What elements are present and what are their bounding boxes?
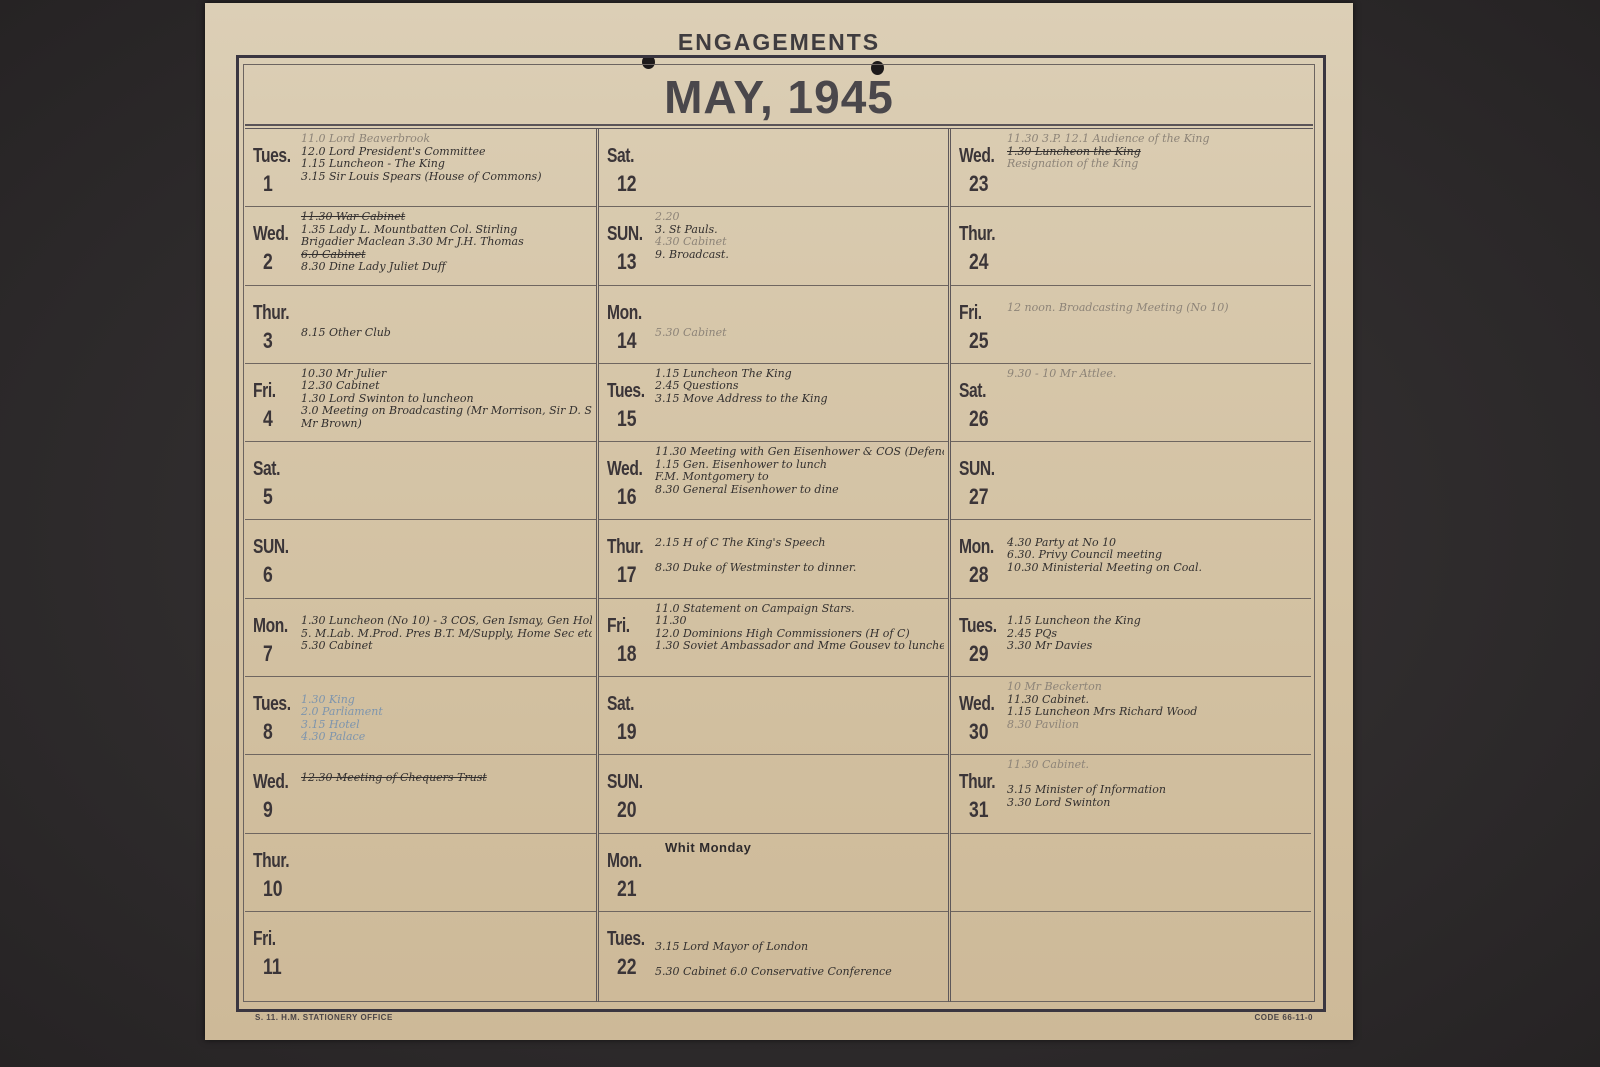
note-line: 12.0 Dominions High Commissioners (H of … (655, 628, 944, 641)
note-line: 2.45 PQs (1007, 628, 1307, 641)
note-line (301, 603, 592, 616)
handwritten-notes: 11.30 Cabinet. 3.15 Minister of Informat… (1007, 759, 1307, 809)
note-line (655, 302, 944, 315)
day-cell: Tues.8 1.30 King2.0 Parliament3.15 Hotel… (245, 677, 596, 755)
day-number: 16 (617, 484, 637, 510)
day-name: Mon. (607, 302, 642, 325)
day-number: 25 (969, 328, 989, 354)
day-name: Fri. (959, 302, 982, 325)
day-number: 6 (263, 562, 273, 588)
day-cell: SUN.27 (951, 442, 1311, 520)
note-line: 5.30 Cabinet (301, 640, 592, 653)
day-cell: SUN.132.203. St Pauls.4.30 Cabinet 9. Br… (599, 207, 948, 285)
day-cell: Fri.11 (245, 912, 596, 990)
note-line: Resignation of the King (1007, 158, 1307, 171)
day-cell: Fri.1811.0 Statement on Campaign Stars.1… (599, 599, 948, 677)
day-name: Wed. (607, 458, 642, 481)
note-line (301, 315, 592, 328)
day-number: 28 (969, 562, 989, 588)
note-line: 10 Mr Beckerton (1007, 681, 1307, 694)
day-number: 24 (969, 249, 989, 275)
title-divider (245, 124, 1313, 126)
handwritten-notes: 5.30 Cabinet (655, 290, 944, 340)
day-cell (951, 912, 1311, 990)
day-number: 23 (969, 171, 989, 197)
note-line: 5.30 Cabinet 6.0 Conservative Conference (655, 966, 944, 979)
day-number: 26 (969, 406, 989, 432)
day-number: 20 (617, 797, 637, 823)
note-line: Mr Brown) (301, 418, 592, 431)
handwritten-notes: 2.203. St Pauls.4.30 Cabinet 9. Broadcas… (655, 211, 944, 261)
day-cell: SUN.20 (599, 755, 948, 833)
note-line: 6.30. Privy Council meeting (1007, 549, 1307, 562)
handwritten-notes: 12.30 Meeting of Chequers Trust (301, 759, 592, 784)
note-line: 3.15 Move Address to the King (655, 393, 944, 406)
day-name: Mon. (607, 850, 642, 873)
day-name: SUN. (959, 458, 995, 481)
note-line: 5. M.Lab. M.Prod. Pres B.T. M/Supply, Ho… (301, 628, 592, 641)
note-line: 2.20 (655, 211, 944, 224)
handwritten-notes: 8.15 Other Club (301, 290, 592, 340)
note-line: F.M. Montgomery to (655, 471, 944, 484)
day-name: Tues. (253, 693, 291, 716)
note-line: 1.35 Lady L. Mountbatten Col. Stirling (301, 224, 592, 237)
calendar-grid: Tues.111.0 Lord Beaverbrook12.0 Lord Pre… (245, 129, 1311, 1002)
note-line (301, 290, 592, 303)
engagements-header: ENGAGEMENTS (205, 29, 1353, 56)
calendar-sheet: ENGAGEMENTS MAY, 1945 Tues.111.0 Lord Be… (205, 3, 1353, 1040)
note-line: 12.30 Meeting of Chequers Trust (301, 772, 592, 785)
note-line: 1.15 Luncheon The King (655, 368, 944, 381)
day-cell: Thur.10 (245, 834, 596, 912)
note-line (655, 524, 944, 537)
handwritten-notes: 12 noon. Broadcasting Meeting (No 10) (1007, 290, 1307, 315)
day-number: 21 (617, 876, 637, 902)
note-line (1007, 772, 1307, 785)
day-name: Thur. (253, 302, 289, 325)
day-name: SUN. (607, 223, 643, 246)
note-line: 5.30 Cabinet (655, 327, 944, 340)
day-number: 4 (263, 406, 273, 432)
day-name: Wed. (959, 693, 994, 716)
day-name: Fri. (607, 615, 630, 638)
day-name: Sat. (253, 458, 280, 481)
day-number: 15 (617, 406, 637, 432)
day-name: Sat. (607, 693, 634, 716)
note-line: 1.30 Luncheon the King (1007, 146, 1307, 159)
handwritten-notes: 1.30 King2.0 Parliament3.15 Hotel4.30 Pa… (301, 681, 592, 744)
note-line: Brigadier Maclean 3.30 Mr J.H. Thomas (301, 236, 592, 249)
day-number: 14 (617, 328, 637, 354)
calendar-column: Wed.2311.30 3.P. 12.1 Audience of the Ki… (951, 129, 1311, 1002)
holiday-label: Whit Monday (665, 840, 751, 855)
handwritten-notes: 1.30 Luncheon (No 10) - 3 COS, Gen Ismay… (301, 603, 592, 653)
note-line (1007, 524, 1307, 537)
note-line: 1.15 Luncheon Mrs Richard Wood (1007, 706, 1307, 719)
day-name: Tues. (253, 145, 291, 168)
note-line: 11.30 Cabinet. (1007, 694, 1307, 707)
note-line: 8.30 General Eisenhower to dine (655, 484, 944, 497)
note-line (655, 916, 944, 929)
day-name: Mon. (959, 536, 994, 559)
day-cell: Wed.2311.30 3.P. 12.1 Audience of the Ki… (951, 129, 1311, 207)
note-line: 4.30 Party at No 10 (1007, 537, 1307, 550)
day-cell: Tues.151.15 Luncheon The King2.45 Questi… (599, 364, 948, 442)
note-line: 3.30 Mr Davies (1007, 640, 1307, 653)
note-line: 1.15 Gen. Eisenhower to lunch (655, 459, 944, 472)
day-name: Tues. (607, 380, 645, 403)
day-cell: Wed.1611.30 Meeting with Gen Eisenhower … (599, 442, 948, 520)
day-number: 5 (263, 484, 273, 510)
day-name: Wed. (253, 223, 288, 246)
handwritten-notes: 2.15 H of C The King's Speech 8.30 Duke … (655, 524, 944, 574)
note-line: 2.45 Questions (655, 380, 944, 393)
note-line: 3.15 Minister of Information (1007, 784, 1307, 797)
day-cell: Thur.3111.30 Cabinet. 3.15 Minister of I… (951, 755, 1311, 833)
handwritten-notes: 11.30 3.P. 12.1 Audience of the King1.30… (1007, 133, 1307, 171)
note-line (655, 549, 944, 562)
note-line: 11.30 War Cabinet (301, 211, 592, 224)
day-name: Sat. (959, 380, 986, 403)
note-line: 9.30 - 10 Mr Attlee. (1007, 368, 1307, 381)
note-line: 11.0 Statement on Campaign Stars. (655, 603, 944, 616)
note-line (301, 681, 592, 694)
note-line: 3.15 Hotel (301, 719, 592, 732)
day-name: Wed. (959, 145, 994, 168)
handwritten-notes: 9.30 - 10 Mr Attlee. (1007, 368, 1307, 381)
note-line (655, 290, 944, 303)
day-cell: Thur.24 (951, 207, 1311, 285)
handwritten-notes: 11.30 Meeting with Gen Eisenhower & COS … (655, 446, 944, 496)
day-number: 29 (969, 641, 989, 667)
day-name: SUN. (607, 771, 643, 794)
handwritten-notes: 10 Mr Beckerton11.30 Cabinet.1.15 Lunche… (1007, 681, 1307, 731)
note-line (1007, 603, 1307, 616)
day-cell: Sat.12 (599, 129, 948, 207)
day-cell: Thur.17 2.15 H of C The King's Speech 8.… (599, 520, 948, 598)
day-number: 30 (969, 719, 989, 745)
day-name: Fri. (253, 380, 276, 403)
day-cell (951, 834, 1311, 912)
handwritten-notes: 3.15 Lord Mayor of London 5.30 Cabinet 6… (655, 916, 944, 979)
note-line: 1.30 King (301, 694, 592, 707)
day-number: 12 (617, 171, 637, 197)
day-cell: Fri.410.30 Mr Julier12.30 Cabinet1.30 Lo… (245, 364, 596, 442)
day-number: 7 (263, 641, 273, 667)
day-number: 22 (617, 954, 637, 980)
day-number: 17 (617, 562, 637, 588)
note-line: 3.15 Sir Louis Spears (House of Commons) (301, 171, 592, 184)
day-cell: Wed.211.30 War Cabinet1.35 Lady L. Mount… (245, 207, 596, 285)
handwritten-notes: 1.15 Luncheon the King2.45 PQs3.30 Mr Da… (1007, 603, 1307, 653)
note-line: 2.0 Parliament (301, 706, 592, 719)
note-line: 11.30 Cabinet. (1007, 759, 1307, 772)
note-line: 10.30 Ministerial Meeting on Coal. (1007, 562, 1307, 575)
day-number: 3 (263, 328, 273, 354)
day-number: 18 (617, 641, 637, 667)
printer-imprint: S. 11. H.M. STATIONERY OFFICE (255, 1013, 393, 1022)
day-number: 13 (617, 249, 637, 275)
note-line: 11.30 Meeting with Gen Eisenhower & COS … (655, 446, 944, 459)
handwritten-notes: 11.0 Statement on Campaign Stars.11.3012… (655, 603, 944, 653)
note-line: 12.30 Cabinet (301, 380, 592, 393)
day-cell: SUN.6 (245, 520, 596, 598)
day-name: Thur. (959, 771, 995, 794)
day-cell: Sat.269.30 - 10 Mr Attlee. (951, 364, 1311, 442)
day-name: Thur. (253, 850, 289, 873)
day-name: Wed. (253, 771, 288, 794)
note-line: 3.30 Lord Swinton (1007, 797, 1307, 810)
note-line (655, 315, 944, 328)
day-cell: Tues.111.0 Lord Beaverbrook12.0 Lord Pre… (245, 129, 596, 207)
note-line: 10.30 Mr Julier (301, 368, 592, 381)
note-line: 4.30 Palace (301, 731, 592, 744)
calendar-column: Sat.12SUN.132.203. St Pauls.4.30 Cabinet… (599, 129, 951, 1002)
note-line: 12 noon. Broadcasting Meeting (No 10) (1007, 302, 1307, 315)
day-name: Thur. (607, 536, 643, 559)
day-cell: Sat.19 (599, 677, 948, 755)
day-cell: Wed.3010 Mr Beckerton11.30 Cabinet.1.15 … (951, 677, 1311, 755)
note-line: 1.30 Lord Swinton to luncheon (301, 393, 592, 406)
calendar-column: Tues.111.0 Lord Beaverbrook12.0 Lord Pre… (245, 129, 599, 1002)
note-line: 8.15 Other Club (301, 327, 592, 340)
note-line: 4.30 Cabinet (655, 236, 944, 249)
day-cell: Mon.28 4.30 Party at No 106.30. Privy Co… (951, 520, 1311, 598)
day-name: Tues. (607, 928, 645, 951)
day-number: 27 (969, 484, 989, 510)
handwritten-notes: 11.0 Lord Beaverbrook12.0 Lord President… (301, 133, 592, 183)
day-cell: Thur.3 8.15 Other Club (245, 286, 596, 364)
handwritten-notes: 10.30 Mr Julier12.30 Cabinet1.30 Lord Sw… (301, 368, 592, 431)
day-number: 9 (263, 797, 273, 823)
note-line: 8.30 Pavilion (1007, 719, 1307, 732)
day-cell: Tues.22 3.15 Lord Mayor of London 5.30 C… (599, 912, 948, 990)
day-name: Mon. (253, 615, 288, 638)
note-line: 2.15 H of C The King's Speech (655, 537, 944, 550)
day-cell: Wed.9 12.30 Meeting of Chequers Trust (245, 755, 596, 833)
note-line: 8.30 Duke of Westminster to dinner. (655, 562, 944, 575)
note-line: 3.15 Lord Mayor of London (655, 941, 944, 954)
note-line: 11.30 3.P. 12.1 Audience of the King (1007, 133, 1307, 146)
handwritten-notes: 1.15 Luncheon The King2.45 Questions3.15… (655, 368, 944, 406)
day-name: Tues. (959, 615, 997, 638)
month-title: MAY, 1945 (205, 70, 1353, 124)
day-cell: Fri.25 12 noon. Broadcasting Meeting (No… (951, 286, 1311, 364)
note-line (655, 953, 944, 966)
note-line: 1.15 Luncheon - The King (301, 158, 592, 171)
note-line: 11.0 Lord Beaverbrook (301, 133, 592, 146)
note-line: 1.15 Luncheon the King (1007, 615, 1307, 628)
note-line: 12.0 Lord President's Committee (301, 146, 592, 159)
note-line: 11.30 (655, 615, 944, 628)
day-cell: Tues.29 1.15 Luncheon the King2.45 PQs3.… (951, 599, 1311, 677)
day-name: SUN. (253, 536, 289, 559)
day-cell: Sat.5 (245, 442, 596, 520)
day-name: Sat. (607, 145, 634, 168)
day-number: 31 (969, 797, 989, 823)
day-number: 8 (263, 719, 273, 745)
note-line: 1.30 Luncheon (No 10) - 3 COS, Gen Ismay… (301, 615, 592, 628)
day-number: 11 (263, 954, 282, 980)
day-number: 1 (263, 171, 273, 197)
note-line: 8.30 Dine Lady Juliet Duff (301, 261, 592, 274)
note-line (301, 302, 592, 315)
day-name: Fri. (253, 928, 276, 951)
handwritten-notes: 11.30 War Cabinet1.35 Lady L. Mountbatte… (301, 211, 592, 274)
note-line (1007, 290, 1307, 303)
day-cell: Mon.7 1.30 Luncheon (No 10) - 3 COS, Gen… (245, 599, 596, 677)
form-code: CODE 66-11-0 (1255, 1013, 1313, 1022)
note-line: 9. Broadcast. (655, 249, 944, 262)
day-number: 19 (617, 719, 637, 745)
day-cell: Mon.21Whit Monday (599, 834, 948, 912)
note-line: 1.30 Soviet Ambassador and Mme Gousev to… (655, 640, 944, 653)
note-line (301, 759, 592, 772)
day-number: 2 (263, 249, 273, 275)
note-line (655, 928, 944, 941)
day-name: Thur. (959, 223, 995, 246)
note-line: 6.0 Cabinet (301, 249, 592, 262)
note-line: 3. St Pauls. (655, 224, 944, 237)
note-line: 3.0 Meeting on Broadcasting (Mr Morrison… (301, 405, 592, 418)
day-cell: Mon.14 5.30 Cabinet (599, 286, 948, 364)
handwritten-notes: 4.30 Party at No 106.30. Privy Council m… (1007, 524, 1307, 574)
day-number: 10 (263, 876, 283, 902)
